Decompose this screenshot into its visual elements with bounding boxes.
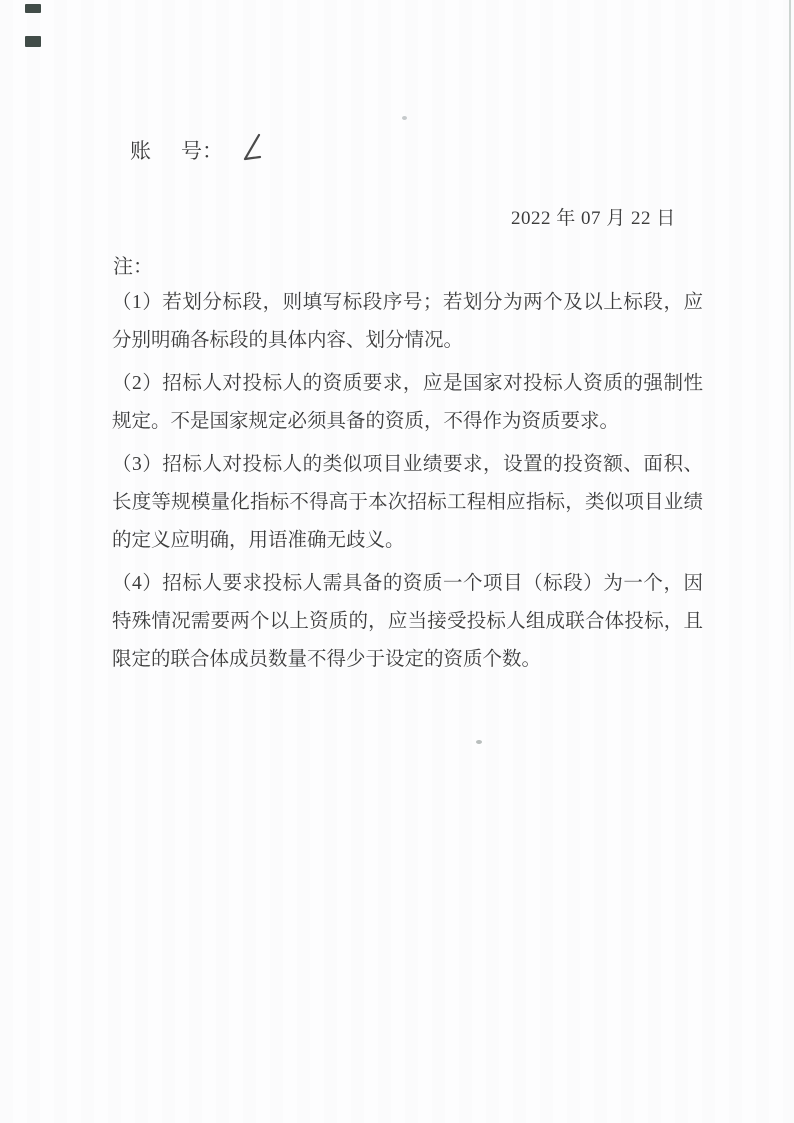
handwritten-slash-icon (240, 132, 264, 169)
text-line: （1）若划分标段，则填写标段序号；若划分为两个及以上标段，应 (112, 284, 703, 322)
text-line: 长度等规模量化指标不得高于本次招标工程相应指标，类似项目业绩 (112, 484, 703, 522)
text-line: 规定。不是国家规定必须具备的资质，不得作为资质要求。 (112, 403, 703, 441)
scan-edge-line (789, 0, 791, 690)
account-label-right: 号： (181, 139, 223, 163)
text-line: 的定义应明确，用语准确无歧义。 (112, 522, 703, 560)
scan-corner-mark (25, 4, 41, 13)
scan-corner-mark (25, 36, 41, 47)
scan-speck (402, 116, 407, 120)
note-paragraph: （2）招标人对投标人的资质要求，应是国家对投标人资质的强制性规定。不是国家规定必… (112, 365, 703, 441)
note-paragraph: （4）招标人要求投标人需具备的资质一个项目（标段）为一个，因特殊情况需要两个以上… (112, 565, 703, 679)
document-date: 2022 年 07 月 22 日 (511, 207, 676, 231)
notes-heading: 注： (113, 255, 153, 279)
notes-list: （1）若划分标段，则填写标段序号；若划分为两个及以上标段，应分别明确各标段的具体… (112, 284, 703, 679)
text-line: 特殊情况需要两个以上资质的，应当接受投标人组成联合体投标，且 (112, 603, 703, 641)
text-line: 分别明确各标段的具体内容、划分情况。 (112, 322, 703, 360)
text-line: （3）招标人对投标人的类似项目业绩要求，设置的投资额、面积、 (112, 446, 703, 484)
scan-speck (476, 740, 482, 744)
scanned-document-page: 账号： 2022 年 07 月 22 日 注： （1）若划分标段，则填写标段序号… (0, 0, 794, 1123)
note-paragraph: （1）若划分标段，则填写标段序号；若划分为两个及以上标段，应分别明确各标段的具体… (112, 284, 703, 360)
text-line: （4）招标人要求投标人需具备的资质一个项目（标段）为一个，因 (112, 565, 703, 603)
account-label-left: 账 (130, 139, 151, 163)
account-number-line: 账号： (130, 132, 264, 169)
text-line: （2）招标人对投标人的资质要求，应是国家对投标人资质的强制性 (112, 365, 703, 403)
text-line: 限定的联合体成员数量不得少于设定的资质个数。 (112, 641, 703, 679)
note-paragraph: （3）招标人对投标人的类似项目业绩要求，设置的投资额、面积、长度等规模量化指标不… (112, 446, 703, 560)
